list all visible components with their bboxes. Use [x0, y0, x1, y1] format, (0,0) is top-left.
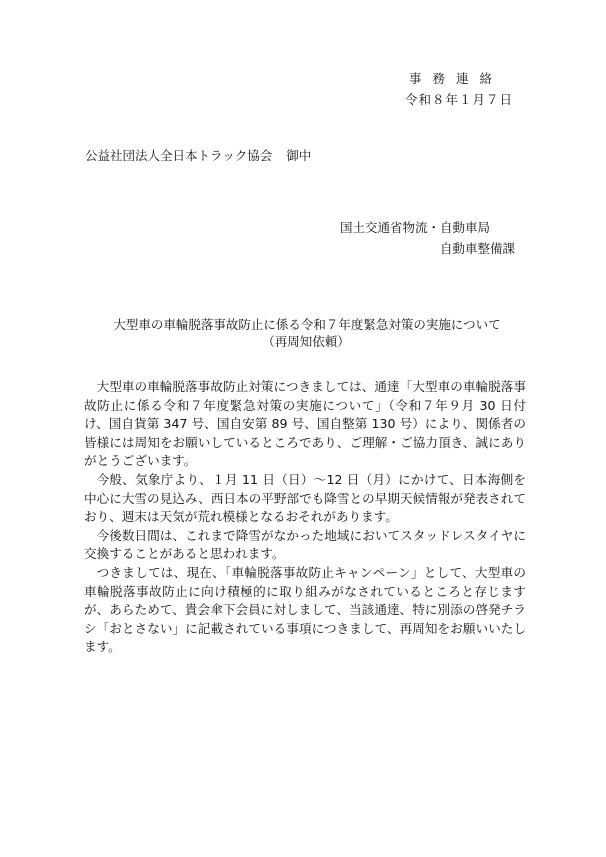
- sender-division: 自動車整備課: [440, 241, 515, 257]
- body-paragraph: 今般、気象庁より、１月 11 日（日）～12 日（月）にかけて、日本海側を中心に…: [84, 471, 526, 527]
- recipient-honorific: 御中: [286, 148, 311, 163]
- body-paragraph: つきましては、現在、「車輪脱落事故防止キャンペーン」として、大型車の車輪脱落事故…: [84, 564, 526, 657]
- recipient-name: 公益社団法人全日本トラック協会: [85, 148, 272, 163]
- body-paragraph: 大型車の車輪脱落事故防止対策につきましては、通達「大型車の車輪脱落事故防止に係る…: [84, 378, 526, 471]
- title-sub: （再周知依頼）: [0, 333, 606, 350]
- body-paragraph: 今後数日間は、これまで降雪がなかった地域においてスタッドレスタイヤに交換すること…: [84, 527, 526, 564]
- document-type-label: 事務連絡: [409, 71, 503, 87]
- title-main: 大型車の車輪脱落事故防止に係る令和７年度緊急対策の実施について: [0, 316, 606, 333]
- sender-organization: 国土交通省物流・自動車局: [340, 220, 490, 236]
- document-date: 令和８年１月７日: [405, 92, 513, 108]
- document-body: 大型車の車輪脱落事故防止対策につきましては、通達「大型車の車輪脱落事故防止に係る…: [84, 378, 526, 657]
- recipient: 公益社団法人全日本トラック協会御中: [85, 148, 311, 164]
- document-title: 大型車の車輪脱落事故防止に係る令和７年度緊急対策の実施について （再周知依頼）: [0, 316, 606, 350]
